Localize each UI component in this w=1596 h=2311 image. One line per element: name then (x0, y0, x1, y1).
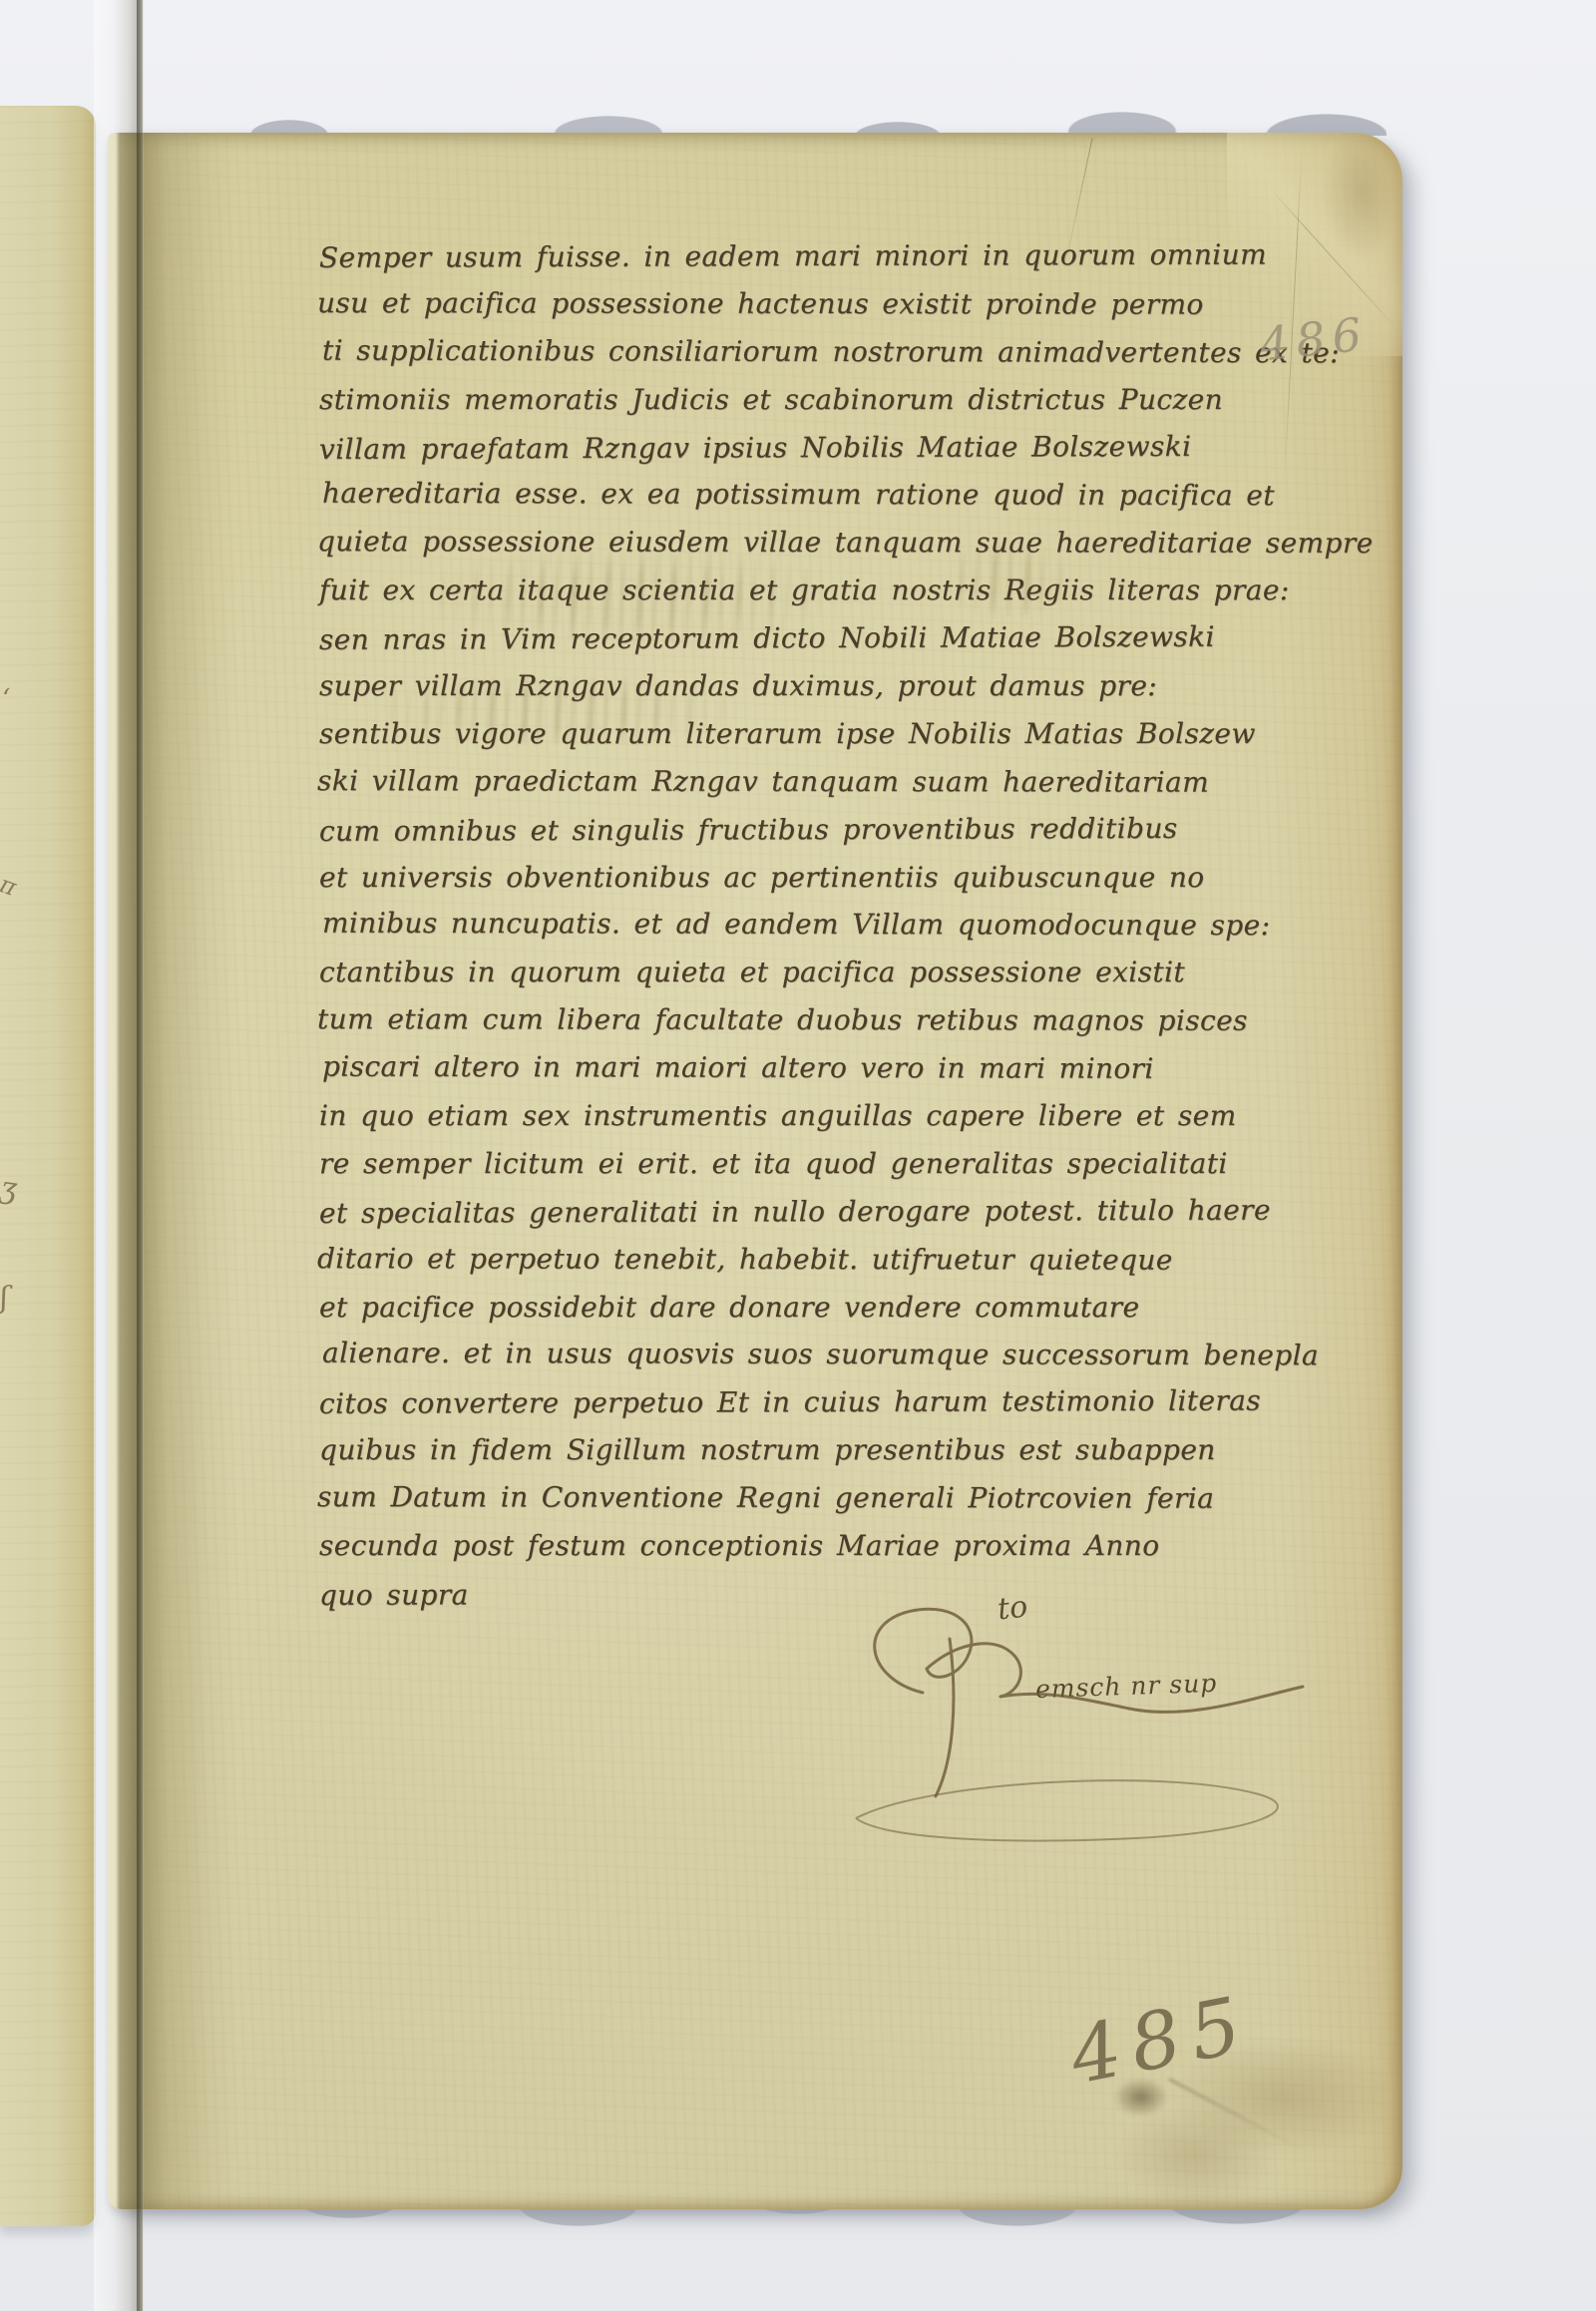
margin-ink-mark: π (0, 870, 20, 902)
text-line: usu et pacifica possessione hactenus exi… (317, 279, 1374, 329)
text-line: quibus in fidem Sigillum nostrum present… (319, 1426, 1376, 1474)
text-line: ski villam praedictam Rzngav tanquam sua… (317, 757, 1374, 807)
text-line: et universis obventionibus ac pertinenti… (319, 854, 1376, 902)
text-line: piscari altero in mari maiori altero ver… (322, 1043, 1379, 1094)
text-line: alienare. et in usus quosvis suos suorum… (322, 1330, 1379, 1380)
text-line: ditario et perpetuo tenebit, habebit. ut… (317, 1235, 1374, 1285)
margin-ink-mark: ʃ (0, 1281, 8, 1316)
text-line: sen nras in Vim receptorum dicto Nobili … (319, 612, 1376, 664)
page-top-edge-shadow (140, 106, 1387, 136)
text-line: sentibus vigore quarum literarum ipse No… (319, 710, 1376, 758)
facing-page-sliver: ʻ π ʒ ʃ (0, 106, 96, 2226)
text-line: super villam Rzngav dandas duximus, prou… (319, 662, 1376, 710)
text-line: cum omnibus et singulis fructibus proven… (319, 804, 1376, 856)
manuscript-text-block: Semper usum fuisse. in eadem mari minori… (319, 232, 1376, 1618)
text-line: haereditaria esse. ex ea potissimum rati… (322, 470, 1379, 521)
text-line: tum etiam cum libera facultate duobus re… (317, 995, 1374, 1045)
text-line: stimoniis memoratis Judicis et scabinoru… (319, 376, 1376, 424)
text-line: Semper usum fuisse. in eadem mari minori… (319, 230, 1376, 282)
parchment-page: Semper usum fuisse. in eadem mari minori… (108, 133, 1402, 2209)
manuscript-scan: ʻ π ʒ ʃ Semper usum fuisse. in eadem mar… (0, 0, 1596, 2311)
text-line: quieta possessione eiusdem villae tanqua… (317, 518, 1374, 568)
text-line: secunda post festum conceptionis Mariae … (319, 1522, 1376, 1570)
flourish-oval (856, 1780, 1278, 1840)
text-line: fuit ex certa itaque scientia et gratia … (319, 567, 1376, 614)
margin-ink-mark: ʒ (0, 1170, 19, 1207)
text-line: et pacifice possidebit dare donare vende… (319, 1284, 1376, 1332)
text-line: citos convertere perpetuo Et in cuius ha… (319, 1377, 1376, 1429)
text-line: in quo etiam sex instrumentis anguillas … (319, 1092, 1376, 1140)
text-line: minibus nuncupatis. et ad eandem Villam … (322, 900, 1379, 951)
text-line: re semper licitum ei erit. et ita quod g… (319, 1140, 1376, 1188)
text-line: villam praefatam Rzngav ipsius Nobilis M… (319, 422, 1376, 474)
text-line: sum Datum in Conventione Regni generali … (317, 1473, 1374, 1523)
royal-paraph-flourish (828, 1581, 1367, 1880)
foliation-number-top: 486 (1257, 306, 1371, 371)
text-line: et specialitas generalitati in nullo der… (319, 1186, 1376, 1238)
text-line: ctantibus in quorum quieta et pacifica p… (319, 949, 1376, 996)
text-line: ti supplicationibus consiliariorum nostr… (322, 326, 1379, 377)
page-holder-strip-edge (137, 0, 143, 2311)
stain-bottom-right (1115, 2033, 1385, 2202)
margin-ink-mark: ʻ (2, 684, 10, 714)
